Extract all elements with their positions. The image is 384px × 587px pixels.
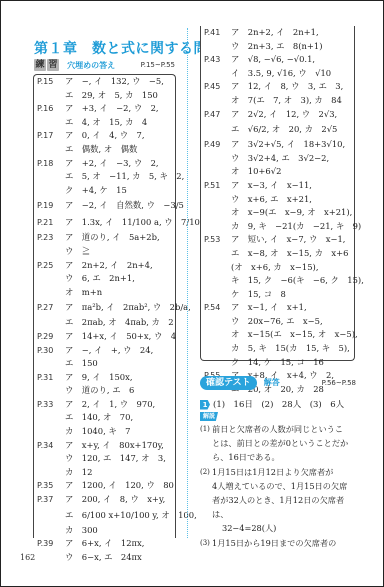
explanation-line-text: 者が32人のとき、1月12日の欠席者	[212, 495, 344, 505]
confirm-test-page-range: P.56~P.58	[322, 376, 356, 390]
answer-text: エ 5, オ −11, カ 5, キ 2,	[65, 170, 184, 184]
answer-text: ア −2, イ 自然数, ウ −3/5	[65, 197, 184, 214]
answer-text: ア 2√2, イ 12, ウ 2√3,	[231, 108, 337, 122]
answer-text: エ 6/100 x+10/100 y, オ 100,	[65, 507, 197, 524]
answer-text: ク +4, ケ 15	[65, 184, 127, 198]
answer-text: ウ 6−x, エ 24πx	[65, 551, 142, 565]
answer-page-ref: P.16	[37, 102, 53, 116]
answer-page-ref: P.35	[37, 479, 53, 493]
answer-text: ア 9, イ 150x,	[65, 371, 133, 385]
confirm-test-subtitle: 解答	[264, 376, 280, 390]
answer-text: (オ x+6, カ x−15),	[231, 261, 319, 275]
explanation-line: (2)1月15日は1月12日より欠席者が	[200, 465, 358, 479]
answer-text: ア 2n+2, イ 2n+1,	[231, 26, 319, 40]
left-answer-box: P.15ア −, イ 132, ウ −5,エ 29, オ 5, カ 150P.1…	[33, 74, 176, 538]
explanation-line-text: 32−4=28(人)	[222, 523, 276, 533]
answer-text: ア 1200, イ 120, ウ 80	[65, 479, 174, 493]
answer-text: ウ 2n+3, エ 8(n+1)	[231, 40, 323, 54]
answer-page-ref: P.47	[204, 108, 220, 122]
explanation-line: 32−4=28(人)	[200, 521, 358, 535]
answer-text: ア 短い, イ x−7, ウ x−1,	[231, 233, 345, 247]
practice-label-char-2: 習	[47, 59, 59, 71]
answer-text: カ 1040, キ 7	[65, 425, 130, 439]
answer-text: エ √6/2, オ 20, カ 2√5	[231, 121, 337, 138]
explanation-number: (3)	[200, 536, 210, 550]
answer-text: ア x+y, イ 80x+170y,	[65, 439, 164, 453]
answer-text: イ 3.5, 9, √16, ウ √10	[231, 67, 331, 81]
answer-text: ア +2, イ −3, ウ 2,	[65, 157, 159, 171]
confirm-test-header: 確認テスト 解答 P.56~P.58	[200, 376, 360, 391]
explanation-line-text: とは、前日との差が0ということだか	[212, 438, 348, 448]
answer-page-ref: P.34	[37, 439, 53, 453]
answer-page-ref: P.53	[204, 233, 220, 247]
answer-text: カ 12	[65, 466, 92, 480]
answer-page-ref: P.33	[37, 398, 53, 412]
answer-page-ref: P.17	[37, 129, 53, 143]
explanation-line: とは、前日との差が0ということだか	[200, 436, 358, 450]
answer-text: カ 5, キ 15(カ 15, キ 5),	[231, 342, 350, 356]
answer-text: ア 12, イ 8, ウ 3, エ 3,	[231, 80, 343, 94]
answer-text: オ x−15(エ x−15, オ x−5),	[231, 328, 358, 342]
answer-page-ref: P.39	[37, 537, 53, 551]
answer-text: ア √8, −√6, −√0.1,	[231, 53, 315, 67]
answer-text: ア 14+x, イ 50+x, ウ 4	[65, 330, 176, 344]
answer-page-ref: P.37	[37, 493, 53, 507]
explanation-number: (1)	[200, 422, 210, 436]
answer-text: ア 3√2+√5, イ 18+3√10,	[231, 138, 345, 152]
answer-page-ref: P.25	[37, 259, 53, 273]
answer-text: カ 300	[65, 524, 98, 538]
explanation-line: 4人増えているので、1月15日の欠席	[200, 479, 358, 493]
answer-text: ケ 15, コ 8	[231, 288, 286, 302]
answer-text: ア 0, イ 4, ウ 7,	[65, 129, 145, 143]
explanation-line: は、	[200, 507, 358, 521]
answer-text: ア −, イ +, ウ 24,	[65, 344, 153, 358]
answer-text: ア 道のり, イ 5a+2b,	[65, 231, 160, 245]
answer-text: オ 10+6√2	[231, 165, 281, 179]
practice-header: 練習 穴埋めの答え P.15~P.55	[34, 59, 175, 73]
answer-text: エ 140, オ 70,	[65, 411, 133, 425]
answer-text: オ 7(エ 7, オ 3), カ 84	[231, 94, 342, 108]
explanation-line: (3)1月15日から19日までの欠席者の	[200, 536, 358, 550]
practice-page-range: P.15~P.55	[141, 59, 175, 72]
answer-text: エ 偶数, オ 偶数	[65, 143, 137, 157]
answer-text: ア 2, イ 1, ウ 970,	[65, 398, 155, 412]
answer-text: エ 150	[65, 357, 98, 371]
question-1-answers: 1(1) 16日 (2) 28人 (3) 6人	[200, 398, 344, 410]
answer-text: ア −, イ 132, ウ −5,	[65, 75, 164, 89]
answer-text: ア 2n+2, イ 2n+4,	[65, 259, 153, 273]
confirm-test-label: 確認テスト	[200, 376, 257, 390]
answer-text: エ 2πab, オ 4πab, カ 2	[65, 316, 174, 330]
answer-text: エ 29, オ 5, カ 150	[65, 89, 158, 103]
answer-page-ref: P.18	[37, 157, 53, 171]
answer-page-ref: P.29	[37, 330, 53, 344]
chapter-title: 第１章 数と式に関する問題	[34, 38, 223, 58]
answer-page-ref: P.51	[204, 179, 220, 193]
answer-text: ウ x+6, エ x+21,	[231, 193, 312, 207]
answer-text: キ 15, ク −6(キ −6, ク 15),	[231, 274, 364, 288]
answer-text: ウ 120, エ 147, オ 3,	[65, 452, 166, 466]
page-number: 162	[20, 553, 35, 562]
explanation-line-text: 1月15日は1月12日より欠席者が	[212, 467, 333, 477]
practice-label-char-1: 練	[34, 59, 46, 71]
answer-text: エ x−8, オ x−15, カ x+6	[231, 247, 348, 261]
answer-text: ウ 6, エ 2n+1,	[65, 272, 135, 286]
answer-page-ref: P.19	[37, 197, 53, 214]
explanation-line-text: は、	[212, 509, 228, 519]
answer-text: ク 14, ケ 15, コ 16	[231, 356, 324, 370]
explanation-line-text: 1月15日から19日までの欠席者の	[212, 538, 336, 548]
answer-page-ref: P.41	[204, 26, 220, 40]
answer-text: オ m+n	[65, 286, 102, 300]
answer-page-ref: P.43	[204, 53, 220, 67]
explanation-line-text: ら、16日である。	[212, 452, 280, 462]
answer-text: ア +3, イ −2, ウ 2,	[65, 102, 159, 116]
practice-subtitle: 穴埋めの答え	[67, 59, 115, 72]
answer-page-ref: P.23	[37, 231, 53, 245]
explanation-line-text: 4人増えているので、1月15日の欠席	[212, 481, 347, 491]
answer-page-ref: P.31	[37, 371, 53, 385]
answer-page-ref: P.15	[37, 75, 53, 89]
answer-page-ref: P.30	[37, 344, 53, 358]
answer-page-ref: P.21	[37, 214, 53, 231]
answer-text: ア 200, イ 8, ウ x+y,	[65, 493, 165, 507]
answer-text: ウ 20x−76, エ x−5,	[231, 315, 323, 329]
explanation-line: ら、16日である。	[200, 450, 358, 464]
answer-text: ア x−3, イ x−11,	[231, 179, 312, 193]
explanation-text: (1)前日と欠席者の人数が同じということは、前日との差が0ということだから、16…	[200, 422, 358, 550]
answer-text: ウ 道のり, エ 6	[65, 384, 134, 398]
answer-page-ref: P.49	[204, 138, 220, 152]
answer-text: エ 4, オ 15, カ 4	[65, 116, 147, 130]
question-number-badge: 1	[200, 400, 210, 410]
answer-text: ウ 3√2+4, エ 3√2−2,	[231, 152, 329, 166]
right-answer-box: P.41ア 2n+2, イ 2n+1,ウ 2n+3, エ 8(n+1)P.43ア…	[200, 26, 355, 361]
answer-text: カ 9, キ −21(カ −21, キ 9)	[231, 220, 361, 234]
explanation-label: 解説	[200, 412, 218, 421]
answer-text: ア 6+x, イ 12πx,	[65, 537, 144, 551]
explanation-line: (1)前日と欠席者の人数が同じというこ	[200, 422, 358, 436]
column-divider	[187, 28, 188, 538]
explanation-number: (2)	[200, 465, 210, 479]
answer-page-ref: P.54	[204, 301, 220, 315]
answer-text: オ x−9(エ x−9, オ x+21),	[231, 206, 352, 220]
answer-page-ref: P.45	[204, 80, 220, 94]
question-1-answer-text: (1) 16日 (2) 28人 (3) 6人	[213, 400, 344, 410]
explanation-line-text: 前日と欠席者の人数が同じというこ	[212, 424, 343, 434]
answer-text: ア x−1, イ x+1,	[231, 301, 307, 315]
answer-page-ref: P.27	[37, 299, 53, 316]
answer-text: ウ ≧	[65, 245, 90, 259]
answer-text: ア πa²b, イ 2πab², ウ 2b/a,	[65, 299, 191, 316]
explanation-line: 者が32人のとき、1月12日の欠席者	[200, 493, 358, 507]
